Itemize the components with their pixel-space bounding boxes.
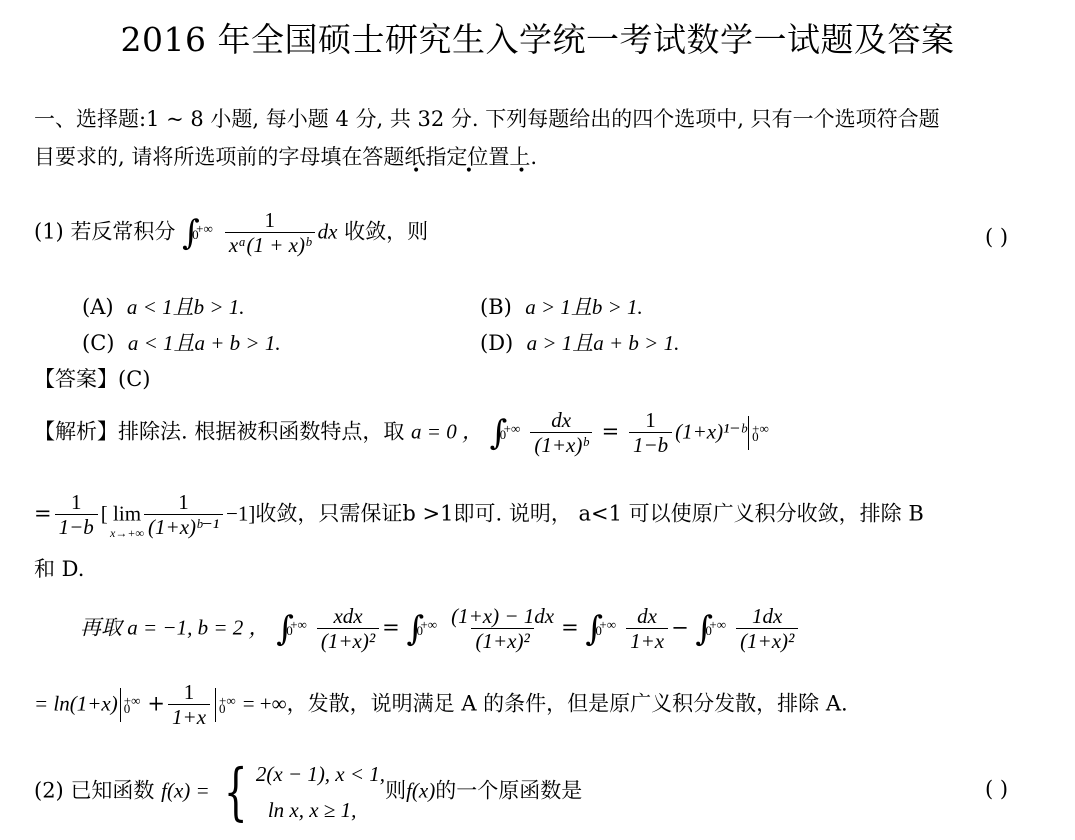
- option-a[interactable]: (A) a < 1且b > 1.: [82, 292, 245, 322]
- analysis-line-1: 【解析】排除法. 根据被积函数特点，取 a = 0 ， ∫+∞0 dx(1+x)…: [34, 408, 769, 458]
- option-b[interactable]: (B) a > 1且b > 1.: [480, 292, 643, 322]
- lim-subscript: x→+∞: [110, 526, 144, 541]
- left-brace-icon: {: [224, 761, 248, 823]
- analysis-line-3: 和 D.: [34, 554, 84, 584]
- integral-sign: ∫+∞0: [182, 218, 204, 248]
- question-number: (1): [34, 220, 64, 244]
- analysis-line-2: =11−b[ lim1(1+x)ᵇ⁻¹−1]收敛，只需保证b >1即可. 说明，…: [34, 490, 924, 540]
- option-d[interactable]: (D) a > 1且a + b > 1.: [480, 328, 679, 358]
- question-1-stem: (1) 若反常积分 ∫+∞0 1 xᵃ(1 + x)ᵇ dx 收敛，则: [34, 208, 428, 258]
- answer-blank-2[interactable]: ( ): [985, 774, 1008, 804]
- piecewise-cases: 2(x − 1), x < 1,ln x, x ≥ 1,: [256, 756, 385, 828]
- question-2-stem: (2) 已知函数 f(x) = {2(x − 1), x < 1,ln x, x…: [34, 756, 582, 828]
- section-instructions-line1: 一、选择题:1 ~ 8 小题, 每小题 4 分, 共 32 分. 下列每题给出的…: [34, 104, 940, 134]
- question-stem-prefix: 若反常积分: [70, 220, 175, 244]
- analysis-line-5: = ln(1+x)+∞0 +11+x+∞0 = +∞，发散，说明满足 A 的条件…: [34, 680, 848, 730]
- answer-line: 【答案】(C): [34, 364, 150, 394]
- option-c[interactable]: (C) a < 1且a + b > 1.: [82, 328, 281, 358]
- emphasis-dots: • • •: [412, 163, 546, 179]
- answer-blank[interactable]: ( ): [985, 222, 1008, 252]
- page-title: 2016 年全国硕士研究生入学统一考试数学一试题及答案: [0, 14, 1075, 61]
- analysis-line-4: 再取 a = −1, b = 2 ， ∫+∞0 xdx(1+x)²= ∫+∞0 …: [80, 604, 801, 654]
- integrand-fraction: 1 xᵃ(1 + x)ᵇ: [225, 208, 315, 258]
